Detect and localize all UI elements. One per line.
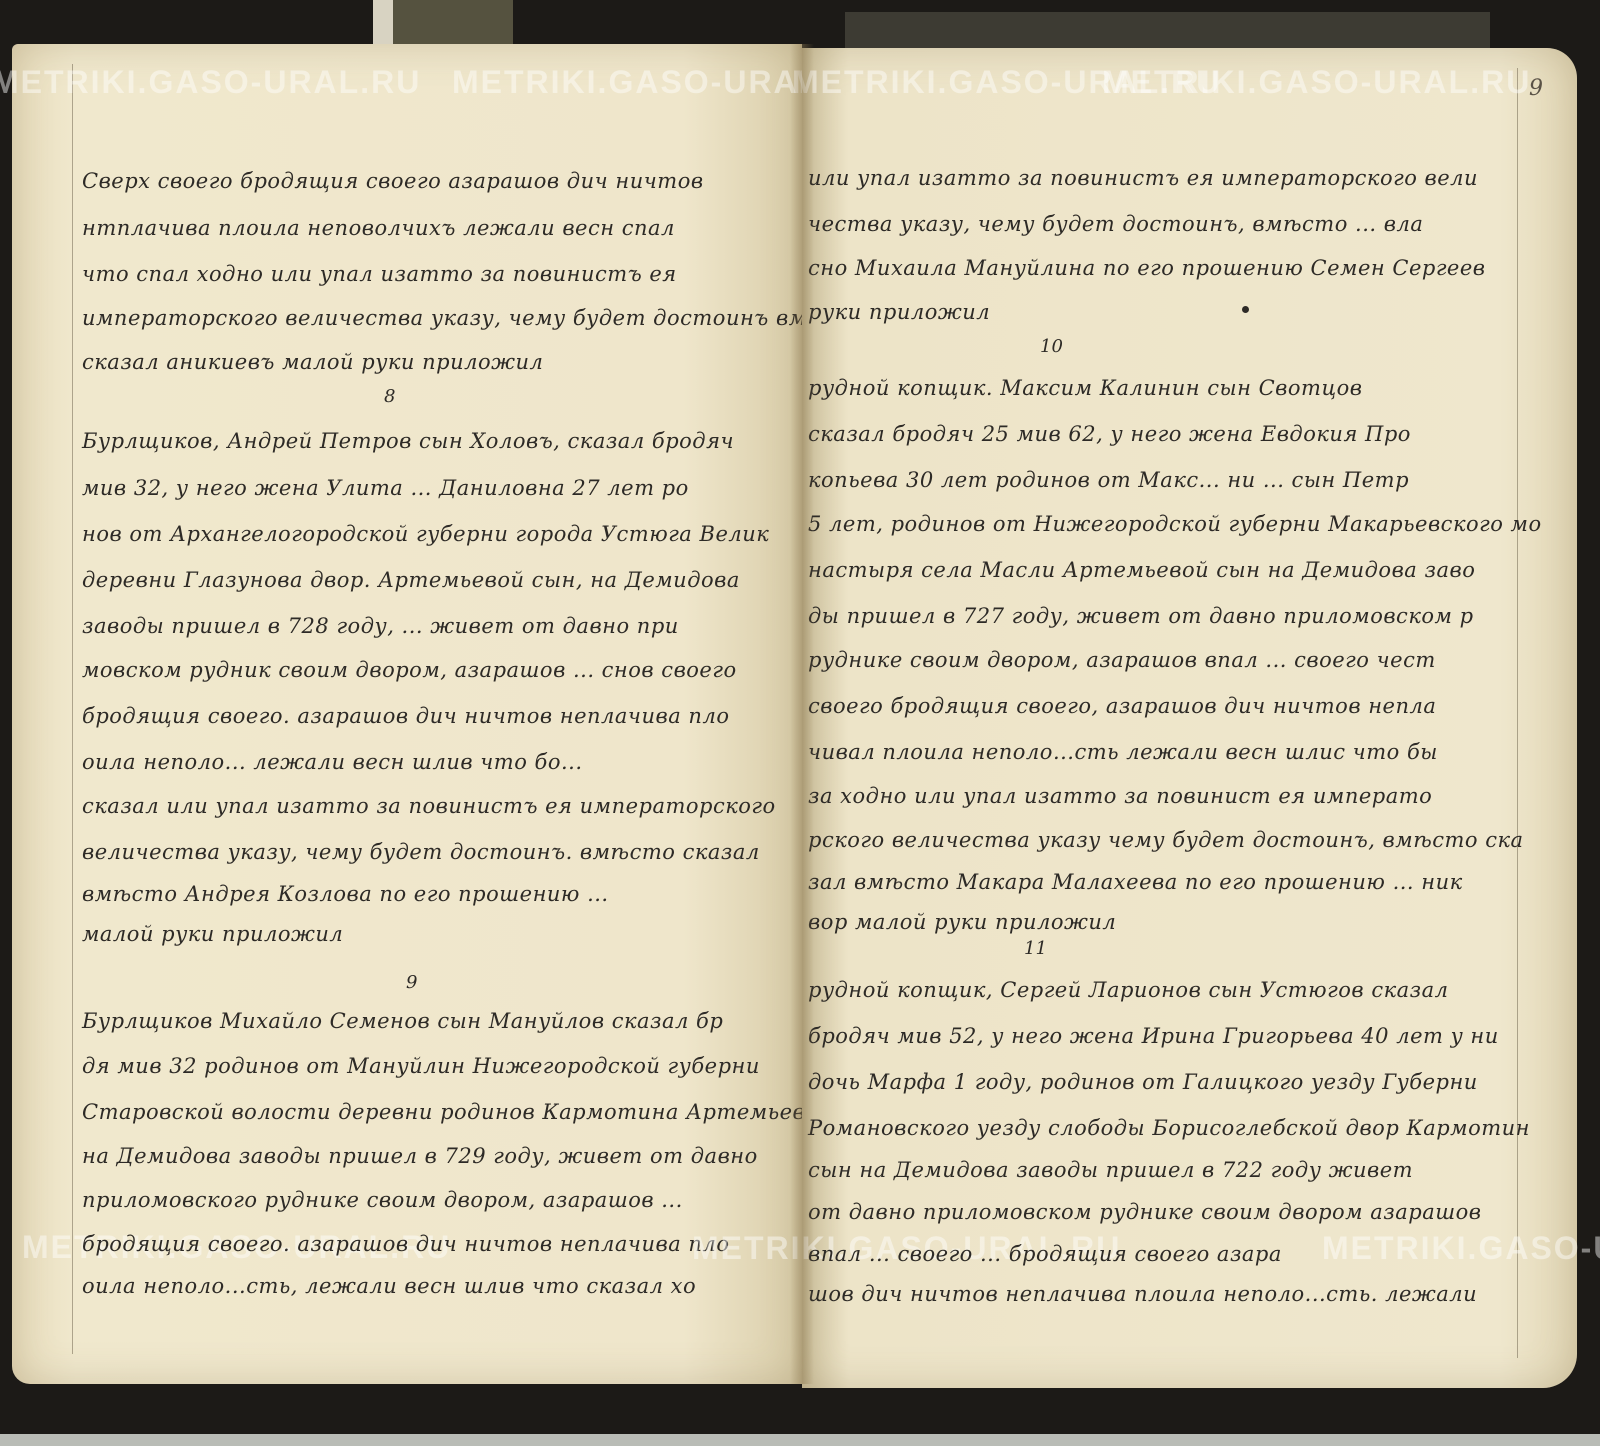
handwritten-line: оила неполо... лежали весн шлив что бо..… <box>82 750 583 774</box>
handwritten-line: императорского величества указу, чему бу… <box>82 306 871 330</box>
handwritten-line: дочь Марфа 1 году, родинов от Галицкого … <box>808 1070 1478 1094</box>
handwritten-line: сказал аникиевъ малой руки приложил <box>82 350 543 374</box>
handwritten-line: вмѣсто Андрея Козлова по его прошению ..… <box>82 882 609 906</box>
handwritten-line: сын на Демидова заводы пришел в 722 году… <box>808 1158 1413 1182</box>
handwritten-line: сно Михаила Мануйлина по его прошению Се… <box>808 256 1486 280</box>
handwritten-line: дя мив 32 родинов от Мануйлин Нижегородс… <box>82 1054 760 1078</box>
archive-tab-marker <box>373 0 513 45</box>
ink-blot <box>1242 306 1249 313</box>
handwritten-line: рудной копщик. Максим Калинин сын Свотцо… <box>808 376 1362 400</box>
handwritten-line: бродяч мив 52, у него жена Ирина Григорь… <box>808 1024 1499 1048</box>
handwritten-line: приломовского руднике своим двором, азар… <box>82 1188 683 1212</box>
handwritten-line: оила неполо...сть, лежали весн шлив что … <box>82 1274 696 1298</box>
handwritten-line: на Демидова заводы пришел в 729 году, жи… <box>82 1144 758 1168</box>
handwritten-line: Старовской волости деревни родинов Кармо… <box>82 1100 832 1124</box>
handwritten-line: впал ... своего ... бродящия своего азар… <box>808 1242 1282 1266</box>
watermark: METRIKI.GASO-URAL.RU <box>1322 1230 1600 1267</box>
handwritten-line: копьева 30 лет родинов от Макс... ни ...… <box>808 468 1409 492</box>
handwritten-line: нтплачива плоила неповолчихъ лежали весн… <box>82 216 675 240</box>
handwritten-line: сказал или упал изатто за повинистъ ея и… <box>82 794 776 818</box>
handwritten-line: Сверх своего бродящия своего азарашов ди… <box>82 169 704 193</box>
left-page: METRIKI.GASO-URAL.RU METRIKI.GASO-URAL.R… <box>12 44 802 1384</box>
entry-number: 9 <box>406 972 417 993</box>
handwritten-line: настыря села Масли Артемьевой сын на Дем… <box>808 558 1475 582</box>
entry-number: 11 <box>1024 938 1047 959</box>
handwritten-line: мовском рудник своим двором, азарашов ..… <box>82 658 737 682</box>
handwritten-line: Романовского уезду слободы Борисоглебско… <box>808 1116 1530 1140</box>
handwritten-line: вор малой руки приложил <box>808 910 1116 934</box>
handwritten-line: руднике своим двором, азарашов впал ... … <box>808 648 1436 672</box>
handwritten-line: чивал плоила неполо...сть лежали весн шл… <box>808 740 1438 764</box>
right-margin-rule <box>1517 68 1518 1358</box>
handwritten-line: за ходно или упал изатто за повинист ея … <box>808 784 1432 808</box>
handwritten-line: от давно приломовском руднике своим двор… <box>808 1200 1482 1224</box>
watermark: METRIKI.GASO-URAL.RU <box>1102 64 1531 101</box>
handwritten-line: рудной копщик, Сергей Ларионов сын Устюг… <box>808 978 1449 1002</box>
left-margin-rule <box>72 64 73 1354</box>
handwritten-line: заводы пришел в 728 году, ... живет от д… <box>82 614 679 638</box>
handwritten-line: мив 32, у него жена Улита ... Даниловна … <box>82 476 689 500</box>
handwritten-line: бродящия своего. азарашов дич ничтов неп… <box>82 704 729 728</box>
right-page: 9 METRIKI.GASO-URAL.RU METRIKI.GASO-URAL… <box>802 48 1577 1388</box>
handwritten-line: 5 лет, родинов от Нижегородской губерни … <box>808 512 1542 536</box>
handwritten-line: величества указу, чему будет достоинъ. в… <box>82 840 760 864</box>
entry-number: 10 <box>1040 336 1063 357</box>
handwritten-line: нов от Архангелогородской губерни города… <box>82 522 769 546</box>
handwritten-line: сказал бродяч 25 мив 62, у него жена Евд… <box>808 422 1411 446</box>
manuscript-book-spread: METRIKI.GASO-URAL.RU METRIKI.GASO-URAL.R… <box>12 44 1592 1436</box>
handwritten-line: что спал ходно или упал изатто за повини… <box>82 262 677 286</box>
handwritten-line: чества указу, чему будет достоинъ, вмѣст… <box>808 212 1423 236</box>
handwritten-line: малой руки приложил <box>82 922 343 946</box>
handwritten-line: зал вмѣсто Макара Малахеева по его проше… <box>808 870 1463 894</box>
handwritten-line: бродящия своего. азарашов дич ничтов неп… <box>82 1232 729 1256</box>
book-gutter <box>790 44 814 1384</box>
handwritten-line: или упал изатто за повинистъ ея императо… <box>808 166 1478 190</box>
handwritten-line: ды пришел в 727 году, живет от давно при… <box>808 604 1474 628</box>
handwritten-line: деревни Глазунова двор. Артемьевой сын, … <box>82 568 740 592</box>
watermark: METRIKI.GASO-URAL.RU <box>0 64 421 101</box>
handwritten-line: руки приложил <box>808 300 990 324</box>
handwritten-line: своего бродящия своего, азарашов дич нич… <box>808 694 1436 718</box>
scan-bottom-strip <box>0 1434 1600 1446</box>
handwritten-line: шов дич ничтов неплачива плоила неполо..… <box>808 1282 1477 1306</box>
handwritten-line: Бурлщиков, Андрей Петров сын Холовъ, ска… <box>82 429 734 453</box>
handwritten-line: рского величества указу чему будет досто… <box>808 828 1524 852</box>
handwritten-line: Бурлщиков Михайло Семенов сын Мануйлов с… <box>82 1009 723 1033</box>
entry-number: 8 <box>384 386 395 407</box>
